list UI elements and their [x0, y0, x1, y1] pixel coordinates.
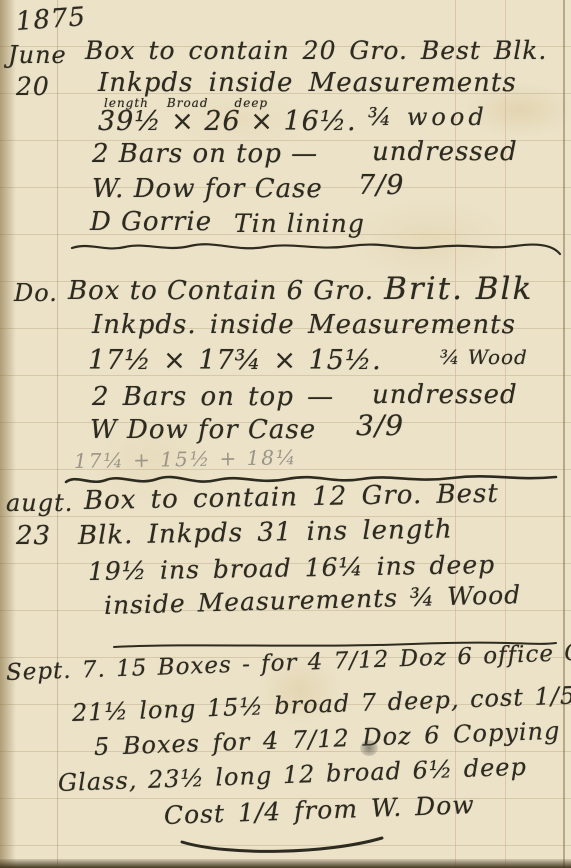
- entry4-line5: Cost 1/4 from W. Dow: [163, 791, 475, 831]
- entry2-dimensions: 17½ × 17¾ × 15½.: [88, 345, 382, 376]
- ledger-page: 1875 June Box to contain 20 Gro. Best Bl…: [0, 0, 571, 868]
- entry3-line4: inside Measurements ¾ Wood: [104, 581, 522, 621]
- wavy-divider-1: [70, 238, 565, 258]
- entry1-finish-note: undressed: [372, 138, 518, 168]
- entry1-case-maker: W. Dow for Case: [92, 175, 323, 205]
- entry1-month: June: [8, 42, 67, 70]
- entry2-finish-note: undressed: [372, 381, 518, 411]
- entry1-wood-spec: ¾ wood: [368, 104, 488, 132]
- binding-edge: [0, 0, 16, 868]
- entry2-wood-spec: ¾ Wood: [440, 346, 528, 369]
- entry3-line2: Blk. Inkpds 31 ins length: [78, 515, 453, 551]
- entry1-day: 20: [16, 73, 50, 102]
- entry2-order-line: Box to Contain 6 Gro.Brit. Blk: [68, 272, 533, 308]
- margin-rule-line: [57, 0, 58, 868]
- year-heading: 1875: [15, 3, 87, 38]
- entry1-bars-note: 2 Bars on top —: [92, 140, 318, 170]
- entry2-item-line: Inkpds. inside Measurements: [92, 311, 516, 341]
- entry1-dimensions: 39½ × 26 × 16½.: [98, 106, 357, 137]
- ink-blot: [360, 740, 378, 756]
- entry3-line1: Box to contain 12 Gro. Best: [84, 480, 499, 517]
- page-right-edge: [563, 0, 565, 868]
- entry3-month: augt.: [6, 490, 73, 518]
- entry2-order-text: Box to Contain 6 Gro.: [68, 276, 374, 306]
- entry1-lining-note: Tin lining: [234, 210, 365, 239]
- closing-flourish-underline: [178, 836, 388, 858]
- entry2-case-maker: W Dow for Case: [90, 416, 316, 446]
- entry1-case-price: 7/9: [358, 170, 404, 201]
- entry2-order-emphasis: Brit. Blk: [384, 271, 533, 307]
- entry2-ditto-mark: Do.: [14, 280, 58, 308]
- page-bottom-edge: [0, 859, 571, 868]
- entry2-case-price: 3/9: [356, 410, 404, 442]
- entry1-item-line: Inkpds inside Measurements: [98, 69, 517, 99]
- entry1-order-line: Box to contain 20 Gro. Best Blk.: [85, 37, 547, 66]
- entry2-pencil-note: 17¼ + 15½ + 18¼: [74, 446, 298, 473]
- entry2-bars-note: 2 Bars on top —: [92, 383, 334, 413]
- entry3-day: 23: [16, 522, 51, 552]
- entry1-lining-maker: D Gorrie: [90, 208, 212, 238]
